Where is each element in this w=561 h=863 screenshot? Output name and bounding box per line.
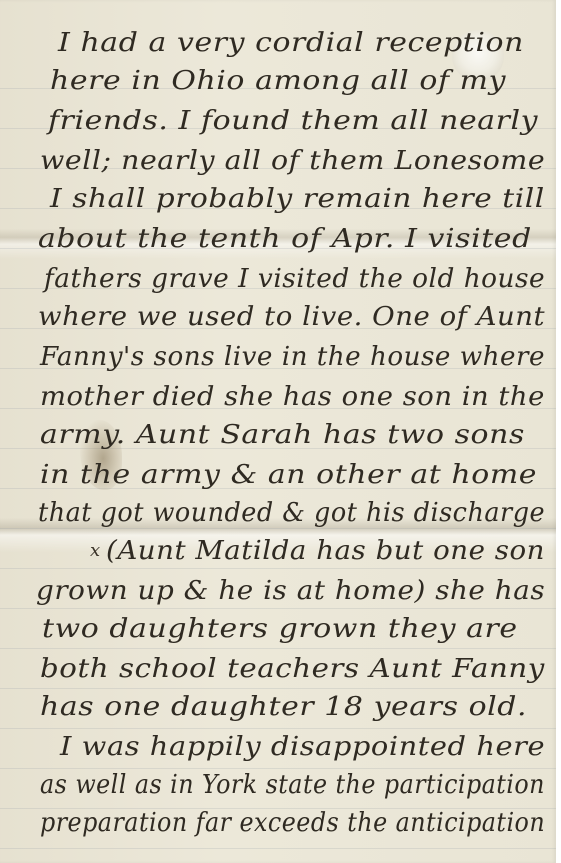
text-line: fathers grave I visited the old house bbox=[44, 264, 545, 294]
insertion-mark: x bbox=[90, 540, 100, 561]
text-line: where we used to live. One of Aunt bbox=[38, 302, 545, 332]
text-line: that got wounded & got his discharge bbox=[38, 498, 545, 528]
text-line: I had a very cordial reception bbox=[58, 28, 524, 58]
text-line: I was happily disappointed here bbox=[60, 732, 545, 762]
text-line: about the tenth of Apr. I visited bbox=[38, 224, 532, 254]
text-line: grown up & he is at home) she has bbox=[36, 576, 545, 606]
letter-page: I had a very cordial reception here in O… bbox=[0, 0, 556, 863]
text-line: in the army & an other at home bbox=[40, 460, 537, 490]
text-line: here in Ohio among all of my bbox=[50, 66, 506, 96]
text-line: has one daughter 18 years old. bbox=[40, 692, 527, 722]
text-line: I shall probably remain here till bbox=[50, 184, 545, 214]
page-border bbox=[556, 0, 561, 863]
text-line: both school teachers Aunt Fanny bbox=[40, 654, 545, 684]
text-line: mother died she has one son in the bbox=[40, 382, 545, 412]
text-line: well; nearly all of them Lonesome bbox=[40, 146, 545, 176]
text-line: army. Aunt Sarah has two sons bbox=[40, 420, 525, 450]
text-line: two daughters grown they are bbox=[42, 614, 518, 644]
text-line: preparation far exceeds the anticipation bbox=[40, 808, 545, 838]
text-line: (Aunt Matilda has but one son bbox=[106, 536, 545, 566]
text-line: as well as in York state the participati… bbox=[40, 770, 545, 800]
text-line: friends. I found them all nearly bbox=[48, 106, 538, 136]
letter-text: I had a very cordial reception here in O… bbox=[0, 0, 556, 863]
text-line: Fanny's sons live in the house where bbox=[40, 342, 545, 372]
